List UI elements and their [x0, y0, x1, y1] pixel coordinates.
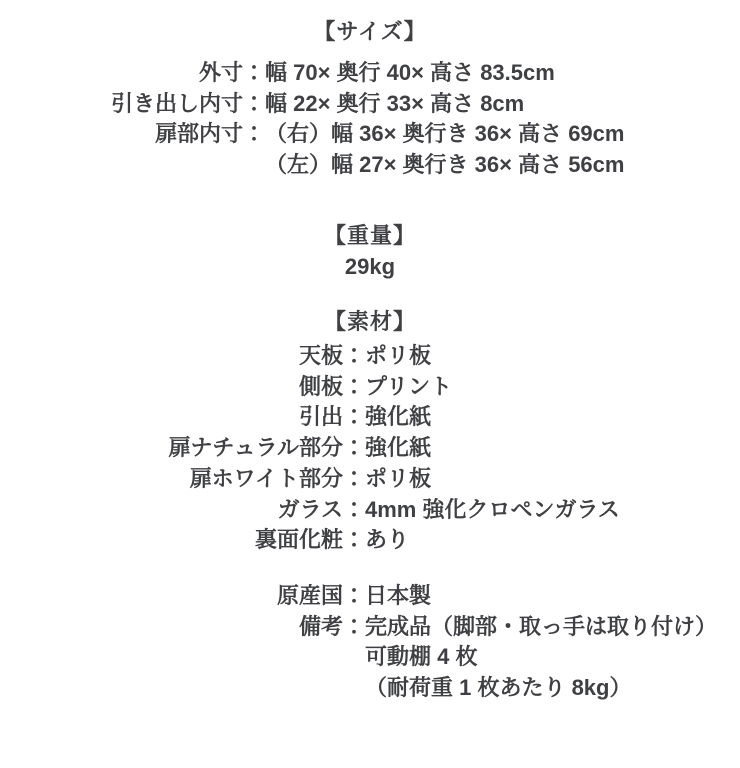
spec-value: ポリ板	[365, 341, 431, 372]
size-section-title: 【サイズ】	[0, 18, 740, 46]
spec-label: 側板：	[0, 372, 365, 403]
spec-label: 扉部内寸：	[0, 119, 265, 150]
spec-label: 引出：	[0, 402, 365, 433]
spec-row-door-inner-dimensions-right: 扉部内寸： （右）幅 36× 奥行き 36× 高さ 69cm	[0, 119, 740, 150]
spec-value: 日本製	[365, 581, 431, 612]
spec-label: 裏面化粧：	[0, 525, 365, 556]
spec-value: プリント	[365, 372, 452, 403]
spec-row-side-panel: 側板： プリント	[0, 372, 740, 403]
weight-section-title: 【重量】	[0, 222, 740, 250]
spec-row-door-natural-part: 扉ナチュラル部分： 強化紙	[0, 433, 740, 464]
spec-value: 可動棚 4 枚	[365, 642, 477, 673]
size-section-rows: 外寸： 幅 70× 奥行 40× 高さ 83.5cm 引き出し内寸： 幅 22×…	[0, 58, 740, 181]
spec-label: 原産国：	[0, 581, 365, 612]
spec-label: 扉ホワイト部分：	[0, 464, 365, 495]
spec-value: 完成品（脚部・取っ手は取り付け）	[365, 612, 717, 643]
spec-row-outer-dimensions: 外寸： 幅 70× 奥行 40× 高さ 83.5cm	[0, 58, 740, 89]
spec-row-country-of-origin: 原産国： 日本製	[0, 581, 740, 612]
spec-row-door-inner-dimensions-left: （左）幅 27× 奥行き 36× 高さ 56cm	[0, 150, 740, 181]
spec-label: 外寸：	[0, 58, 265, 89]
spec-value: 幅 22× 奥行 33× 高さ 8cm	[265, 89, 524, 120]
spec-row-back-finish: 裏面化粧： あり	[0, 525, 740, 556]
spec-row-load-capacity: （耐荷重 1 枚あたり 8kg）	[0, 673, 740, 704]
product-spec-sheet: 【サイズ】 外寸： 幅 70× 奥行 40× 高さ 83.5cm 引き出し内寸：…	[0, 0, 740, 768]
spec-label: 備考：	[0, 612, 365, 643]
spec-label: ガラス：	[0, 495, 365, 526]
spec-label: 引き出し内寸：	[0, 89, 265, 120]
spec-row-glass: ガラス： 4mm 強化クロペンガラス	[0, 495, 740, 526]
spec-row-top-panel: 天板： ポリ板	[0, 341, 740, 372]
spec-value: （耐荷重 1 枚あたり 8kg）	[365, 673, 631, 704]
spec-value: 4mm 強化クロペンガラス	[365, 495, 620, 526]
material-section-rows: 天板： ポリ板 側板： プリント 引出： 強化紙 扉ナチュラル部分： 強化紙 扉…	[0, 341, 740, 556]
weight-value: 29kg	[0, 253, 740, 281]
spec-row-remarks: 備考： 完成品（脚部・取っ手は取り付け）	[0, 612, 740, 643]
spec-value: 強化紙	[365, 402, 431, 433]
spec-value: 幅 70× 奥行 40× 高さ 83.5cm	[265, 58, 555, 89]
material-section-title: 【素材】	[0, 308, 740, 336]
spec-value: （右）幅 36× 奥行き 36× 高さ 69cm	[265, 119, 624, 150]
spec-value: 強化紙	[365, 433, 431, 464]
spec-row-movable-shelves: 可動棚 4 枚	[0, 642, 740, 673]
spec-label: 扉ナチュラル部分：	[0, 433, 365, 464]
spec-row-drawer-inner-dimensions: 引き出し内寸： 幅 22× 奥行 33× 高さ 8cm	[0, 89, 740, 120]
origin-section-rows: 原産国： 日本製 備考： 完成品（脚部・取っ手は取り付け） 可動棚 4 枚 （耐…	[0, 581, 740, 704]
spec-value: （左）幅 27× 奥行き 36× 高さ 56cm	[265, 150, 624, 181]
spec-row-door-white-part: 扉ホワイト部分： ポリ板	[0, 464, 740, 495]
spec-value: ポリ板	[365, 464, 431, 495]
spec-row-drawer: 引出： 強化紙	[0, 402, 740, 433]
spec-value: あり	[365, 525, 409, 556]
spec-label: 天板：	[0, 341, 365, 372]
